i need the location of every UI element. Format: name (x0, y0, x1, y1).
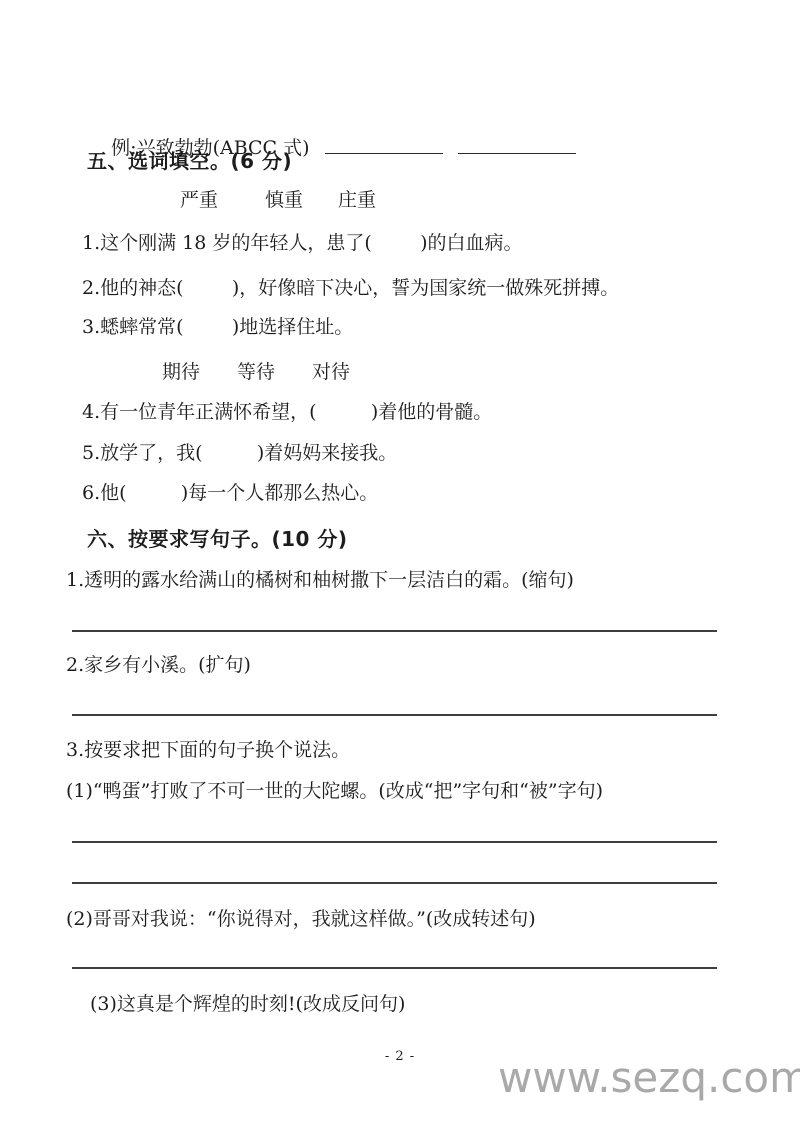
watermark: www.sezq.com (498, 1053, 800, 1102)
answer-line (72, 841, 717, 843)
question-text: 3.按要求把下面的句子换个说法。 (66, 739, 350, 763)
sub-question-text: (1)“鸭蛋”打败了不可一世的大陀螺。(改成“把”字句和“被”字句) (66, 780, 603, 804)
sub-question-text: (2)哥哥对我说：“你说得对，我就这样做。”(改成转述句) (66, 908, 536, 932)
word-bank-word: 慎重 (265, 189, 303, 213)
question-text: 1.这个刚满 18 岁的年轻人，患了( )的白血病。 (82, 232, 523, 256)
answer-line (72, 714, 717, 716)
word-bank-word: 期待 (162, 361, 200, 385)
question-text: 5.放学了，我( )着妈妈来接我。 (82, 442, 397, 466)
answer-line (72, 967, 717, 969)
section-five-title: 五、选词填空。(6 分) (87, 149, 292, 174)
example-blank-2 (458, 134, 576, 154)
word-bank-word: 等待 (237, 361, 275, 385)
word-bank-word: 庄重 (338, 189, 376, 213)
document-page: 例:兴致勃勃(ABCC 式) 五、选词填空。(6 分) 严重慎重庄重 1.这个刚… (0, 0, 800, 1133)
answer-line (72, 882, 717, 884)
question-text: 2.家乡有小溪。(扩句) (66, 654, 251, 678)
word-bank-word: 严重 (180, 189, 218, 213)
question-text: 1.透明的露水给满山的橘树和柚树撒下一层洁白的霜。(缩句) (66, 569, 574, 593)
word-bank-word: 对待 (312, 361, 350, 385)
example-blank-1 (325, 134, 443, 154)
section-six-title: 六、按要求写句子。(10 分) (87, 527, 348, 552)
question-text: 2.他的神态( )，好像暗下决心，誓为国家统一做殊死拼搏。 (82, 277, 619, 301)
question-text: 3.蟋蟀常常( )地选择住址。 (82, 316, 353, 340)
question-text: 4.有一位青年正满怀希望，( )着他的骨髓。 (82, 401, 492, 425)
answer-line (72, 630, 717, 632)
sub-question-text: (3)这真是个辉煌的时刻!(改成反问句) (90, 993, 405, 1017)
word-bank-1: 严重慎重庄重 (180, 189, 376, 213)
word-bank-2: 期待等待对待 (162, 361, 350, 385)
question-text: 6.他( )每一个人都那么热心。 (82, 482, 378, 506)
